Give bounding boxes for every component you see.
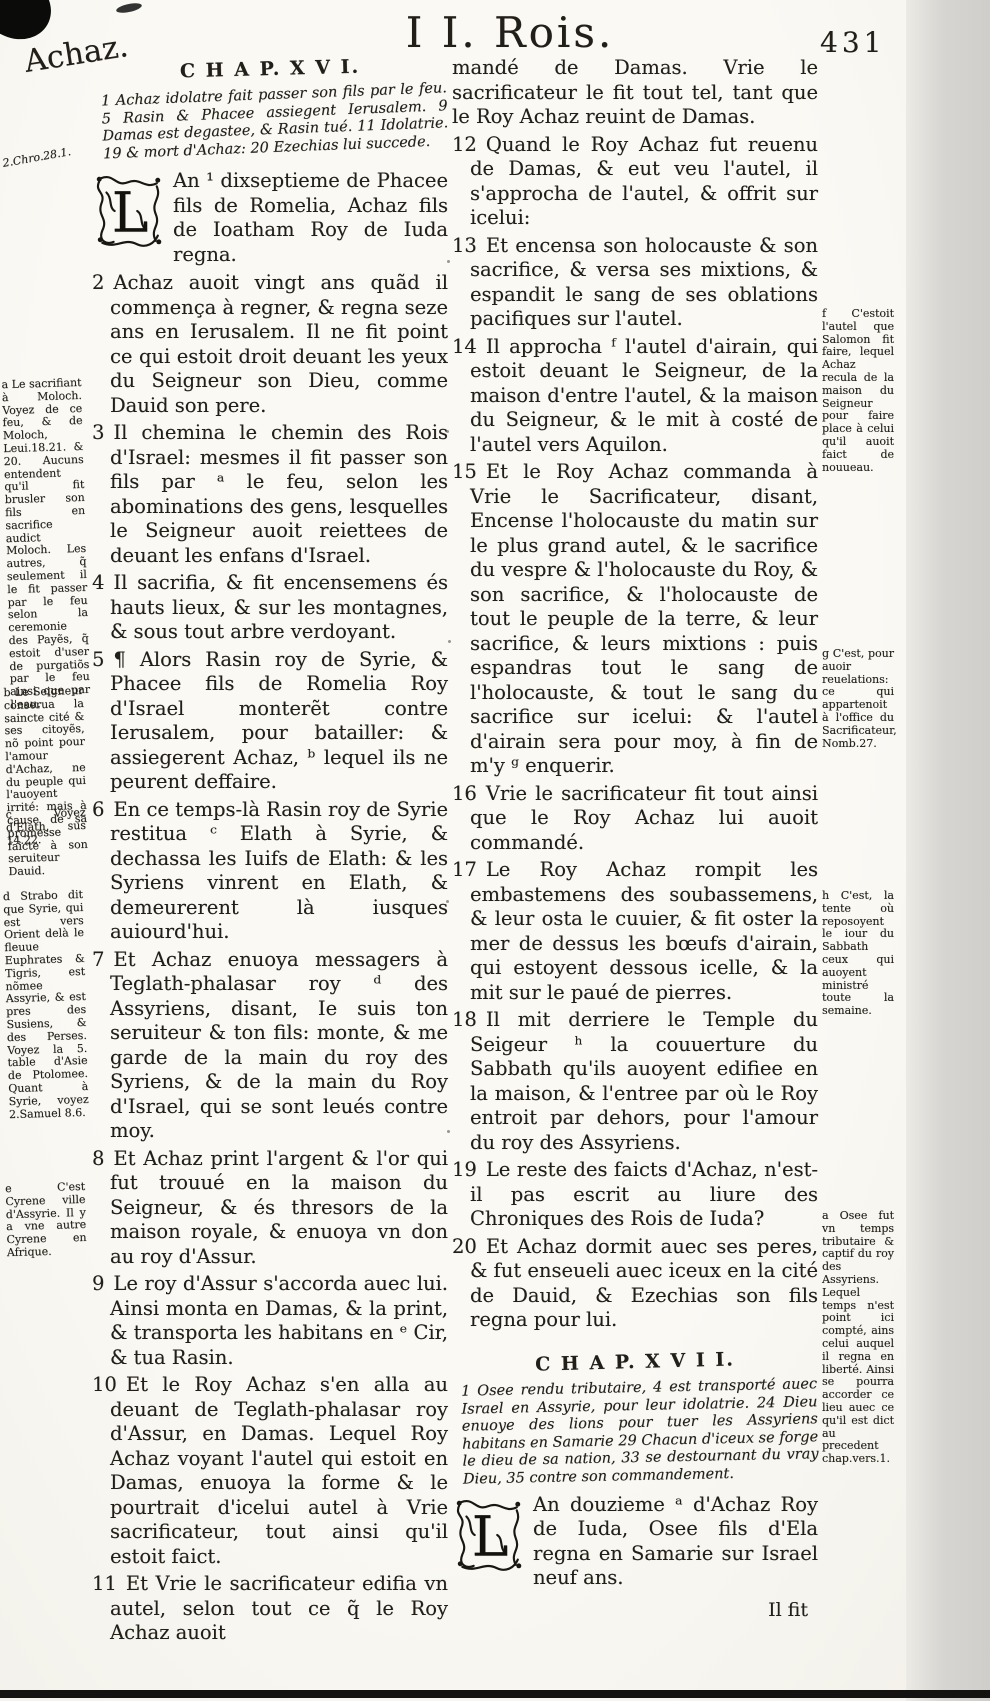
verse-16: 16Vrie le sacrificateur fit tout ainsi q… xyxy=(452,782,818,856)
margin-note-d: d Strabo dit que Syrie, qui est vers Ori… xyxy=(3,889,89,1121)
verse-20: 20Et Achaz dormit auec ses peres, & fut … xyxy=(452,1235,818,1333)
margin-note-a: a Le sacrifiant à Moloch. Voyez de ce fe… xyxy=(1,377,90,712)
verse-number: 9 xyxy=(92,1272,104,1295)
verse-number: 11 xyxy=(92,1572,117,1595)
verse-11-continuation: mandé de Damas. Vrie le sacrificateur le… xyxy=(452,56,818,130)
verse-9: 9Le roy d'Assur s'accorda auec lui. Ains… xyxy=(92,1272,448,1370)
verse-number: 18 xyxy=(452,1008,477,1031)
verse-6: 6En ce temps-là Rasin roy de Syrie resti… xyxy=(92,798,448,945)
verse-number: 19 xyxy=(452,1158,477,1181)
running-title-book: I I. Rois. xyxy=(310,8,710,57)
chapter-16-summary: 1 Achaz idolatre fait passer son fils pa… xyxy=(91,80,449,164)
verse-number: 16 xyxy=(452,782,477,805)
text-column-left: C H A P. X V I. 1 Achaz idolatre fait pa… xyxy=(92,58,448,1649)
verse-number: 10 xyxy=(92,1373,117,1396)
verse-number: 14 xyxy=(452,335,477,358)
verse-number: 4 xyxy=(92,571,104,594)
verse-18: 18Il mit derriere le Temple du Seigeur ʰ… xyxy=(452,1008,818,1155)
verse-10: 10Et le Roy Achaz s'en alla au deuant de… xyxy=(92,1373,448,1569)
margin-note-f: f C'estoit l'autel que Salomon fit faire… xyxy=(822,308,894,474)
chapter-17-block: C H A P. X V I I. 1 Osee rendu tributair… xyxy=(452,1351,818,1621)
verse-number: 6 xyxy=(92,798,104,821)
ornate-initial-icon: L xyxy=(452,1496,524,1572)
margin-note-g: g C'est, pour auoir reuelations: ce qui … xyxy=(822,648,894,750)
margin-crossref: 2.Chro.28.1. xyxy=(1,143,82,170)
verse-2: 2Achaz auoit vingt ans quãd il commença … xyxy=(92,271,448,418)
margin-note-h: h C'est, la tente où reposoyent le iour … xyxy=(822,890,894,1018)
verse-12: 12Quand le Roy Achaz fut reuenu de Damas… xyxy=(452,133,818,231)
catchword: Il fit xyxy=(452,1599,818,1621)
chapter-17-summary: 1 Osee rendu tributaire, 4 est transport… xyxy=(451,1376,819,1489)
scan-edge-shadow xyxy=(906,0,990,1701)
chapter-17-verse-1-text: An douzieme ᵃ d'Achaz Roy de Iuda, Osee … xyxy=(533,1493,818,1590)
verse-number: 20 xyxy=(452,1235,477,1258)
text-column-right: mandé de Damas. Vrie le sacrificateur le… xyxy=(452,56,818,1621)
page-number: 431 xyxy=(820,26,885,59)
chapter-17-heading: C H A P. X V I I. xyxy=(452,1346,818,1378)
verse-15: 15Et le Roy Achaz commanda à Vrie le Sac… xyxy=(452,460,818,779)
chapter-17-verse-1: L An douzieme ᵃ d'Achaz Roy de Iuda, Ose… xyxy=(452,1493,818,1591)
verse-3: 3Il chemina le chemin des Rois d'Israel:… xyxy=(92,421,448,568)
margin-note-a17: a Osee fut vn temps tributaire & captif … xyxy=(822,1210,894,1466)
dropcap-letter: L xyxy=(112,182,149,246)
verse-4: 4Il sacrifia, & fit encensemens és hauts… xyxy=(92,571,448,645)
verse-14: 14Il approcha ᶠ l'autel d'airain, qui es… xyxy=(452,335,818,458)
margin-note-c: c Voyez d'Elath, sus 14.22. xyxy=(5,807,86,848)
verse-1: L An ¹ dixseptieme de Phacee fils de Rom… xyxy=(92,169,448,267)
margin-note-e: e C'est Cyrene ville d'Assyrie. Il y a v… xyxy=(5,1181,87,1260)
verse-number: 12 xyxy=(452,133,477,156)
verse-number: 5 xyxy=(92,648,104,671)
verse-number: 3 xyxy=(92,421,104,444)
verse-number: 2 xyxy=(92,271,104,294)
print-speck xyxy=(448,640,451,643)
verse-11: 11Et Vrie le sacrificateur edifia vn aut… xyxy=(92,1572,448,1646)
scan-blotch-small xyxy=(115,1,142,14)
verse-17: 17Le Roy Achaz rompit les embastemens de… xyxy=(452,858,818,1005)
verse-number: 8 xyxy=(92,1147,104,1170)
verse-number: 7 xyxy=(92,948,104,971)
verse-19: 19Le reste des faicts d'Achaz, n'est-il … xyxy=(452,1158,818,1232)
verse-number: 17 xyxy=(452,858,477,881)
ornate-initial-icon: L xyxy=(92,172,164,248)
verse-1-text: An ¹ dixseptieme de Phacee fils de Romel… xyxy=(173,169,448,266)
chapter-16-heading: C H A P. X V I. xyxy=(92,53,448,84)
verse-number: 13 xyxy=(452,234,477,257)
verse-13: 13Et encensa son holocauste & son sacrif… xyxy=(452,234,818,332)
verse-5: 5¶ Alors Rasin roy de Syrie, & Phacee fi… xyxy=(92,648,448,795)
verse-7: 7Et Achaz enuoya messagers à Teglath-pha… xyxy=(92,948,448,1144)
dropcap-letter: L xyxy=(472,1505,509,1569)
verse-8: 8Et Achaz print l'argent & l'or qui fut … xyxy=(92,1147,448,1270)
scanned-bible-page: Achaz. I I. Rois. 431 2.Chro.28.1. C H A… xyxy=(0,0,990,1701)
scan-bottom-rule xyxy=(0,1690,990,1698)
verse-number: 15 xyxy=(452,460,477,483)
margin-note-b: b Le Seigneur conserua la saincte cité &… xyxy=(3,685,88,879)
